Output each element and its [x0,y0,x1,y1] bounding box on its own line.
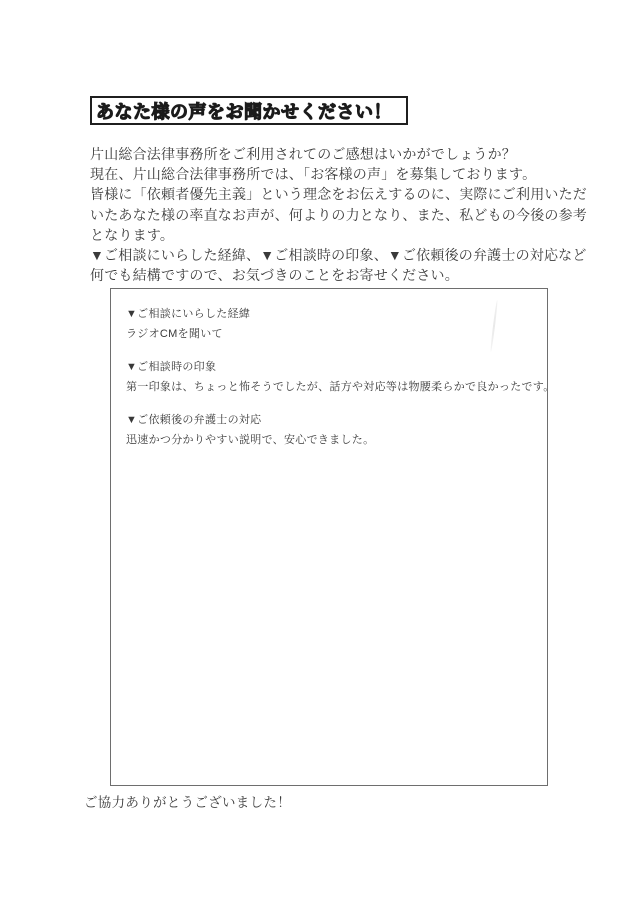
intro-line: いたあなた様の率直なお声が、何よりの力となり、また、私どもの今後の参考 [90,205,570,225]
intro-line: ▼ご相談にいらした経緯、▼ご相談時の印象、▼ご依頼後の弁護士の対応など [90,245,570,265]
section-answer: 迅速かつ分かりやすい説明で、安心できました。 [126,430,547,450]
intro-line: 皆様に「依頼者優先主義」という理念をお伝えするのに、実際にご利用いただ [90,184,570,204]
section-heading: ▼ご相談にいらした経緯 [126,304,547,324]
intro-line: 片山総合法律事務所をご利用されてのご感想はいかがでしょうか？ [90,144,570,164]
closing-text: ご協力ありがとうございました！ [84,791,291,811]
feedback-section-impression: ▼ご相談時の印象 第一印象は、ちょっと怖そうでしたが、話方や対応等は物腰柔らかで… [126,357,547,397]
intro-line: となります。 [90,225,570,245]
scanned-feedback-document: あなた様の声をお聞かせください！ 片山総合法律事務所をご利用されてのご感想はいか… [0,0,640,905]
intro-line: 何でも結構ですので、お気づきのことをお寄せください。 [90,265,570,285]
intro-line: 現在、片山総合法律事務所では、「お客様の声」を募集しております。 [90,164,570,184]
section-answer: ラジオCMを聞いて [126,324,547,344]
section-heading: ▼ご依頼後の弁護士の対応 [126,410,547,430]
feedback-section-lawyer-response: ▼ご依頼後の弁護士の対応 迅速かつ分かりやすい説明で、安心できました。 [126,410,547,450]
title-banner: あなた様の声をお聞かせください！ [90,96,408,125]
feedback-box: ▼ご相談にいらした経緯 ラジオCMを聞いて ▼ご相談時の印象 第一印象は、ちょっ… [110,288,548,786]
intro-paragraph: 片山総合法律事務所をご利用されてのご感想はいかがでしょうか？ 現在、片山総合法律… [90,144,570,285]
section-answer: 第一印象は、ちょっと怖そうでしたが、話方や対応等は物腰柔らかで良かったです。 [126,377,547,397]
section-heading: ▼ご相談時の印象 [126,357,547,377]
feedback-section-background: ▼ご相談にいらした経緯 ラジオCMを聞いて [126,304,547,344]
page-title: あなた様の声をお聞かせください！ [96,98,392,124]
